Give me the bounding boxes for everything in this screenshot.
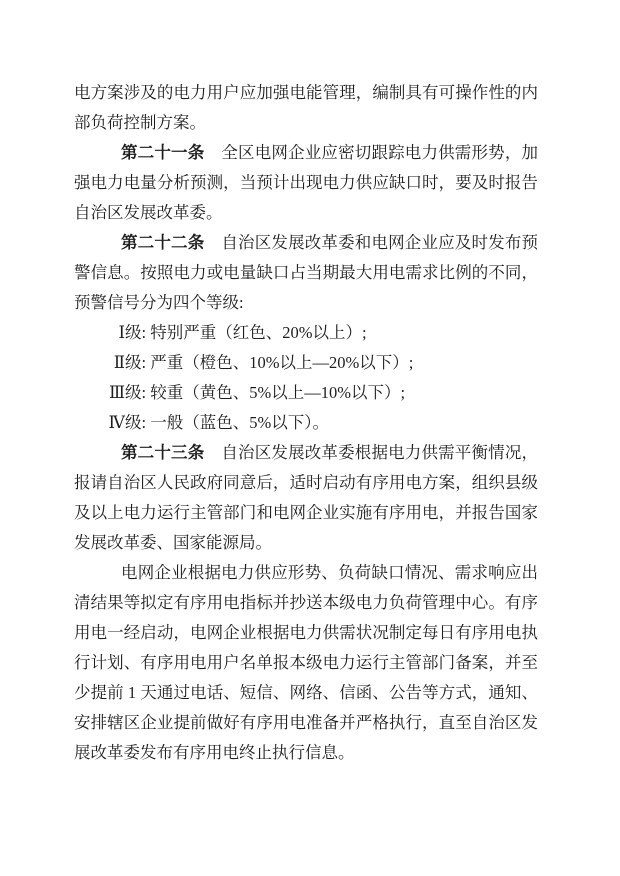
- article-23-paragraph: 第二十三条自治区发展改革委根据电力供需平衡情况，报请自治区人民政府同意后，适时启…: [74, 438, 538, 558]
- article-21-heading: 第二十一条: [121, 143, 204, 162]
- warning-level-text-4: 级: 一般（蓝色、5%以下）。: [125, 413, 329, 432]
- warning-level-text-3: 级: 较重（黄色、5%以上—10%以下）;: [125, 383, 405, 402]
- warning-level-numeral-1: Ⅰ: [74, 318, 125, 348]
- warning-level-numeral-2: Ⅱ: [74, 348, 125, 378]
- warning-level-numeral-4: Ⅳ: [74, 408, 125, 438]
- article-22-paragraph: 第二十二条自治区发展改革委和电网企业应及时发布预警信息。按照电力或电量缺口占当期…: [74, 228, 538, 318]
- document-page: 电方案涉及的电力用户应加强电能管理，编制具有可操作性的内部负荷控制方案。 第二十…: [0, 0, 620, 876]
- closing-paragraph: 电网企业根据电力供应形势、负荷缺口情况、需求响应出清结果等拟定有序用电指标并抄送…: [74, 558, 538, 768]
- warning-level-item-3: Ⅲ级: 较重（黄色、5%以上—10%以下）;: [74, 378, 538, 408]
- article-23-heading: 第二十三条: [121, 443, 204, 462]
- warning-level-item-1: Ⅰ级: 特别严重（红色、20%以上）;: [74, 318, 538, 348]
- warning-level-item-4: Ⅳ级: 一般（蓝色、5%以下）。: [74, 408, 538, 438]
- warning-level-numeral-3: Ⅲ: [74, 378, 125, 408]
- warning-level-item-2: Ⅱ级: 严重（橙色、10%以上—20%以下）;: [74, 348, 538, 378]
- document-body: { "page": { "background": "#ffffff", "te…: [0, 0, 620, 876]
- warning-level-text-2: 级: 严重（橙色、10%以上—20%以下）;: [125, 353, 413, 372]
- article-21-paragraph: 第二十一条全区电网企业应密切跟踪电力供需形势，加强电力电量分析预测，当预计出现电…: [74, 138, 538, 228]
- article-22-heading: 第二十二条: [121, 233, 204, 252]
- intro-paragraph: 电方案涉及的电力用户应加强电能管理，编制具有可操作性的内部负荷控制方案。: [74, 78, 538, 138]
- warning-level-text-1: 级: 特别严重（红色、20%以上）;: [125, 323, 367, 342]
